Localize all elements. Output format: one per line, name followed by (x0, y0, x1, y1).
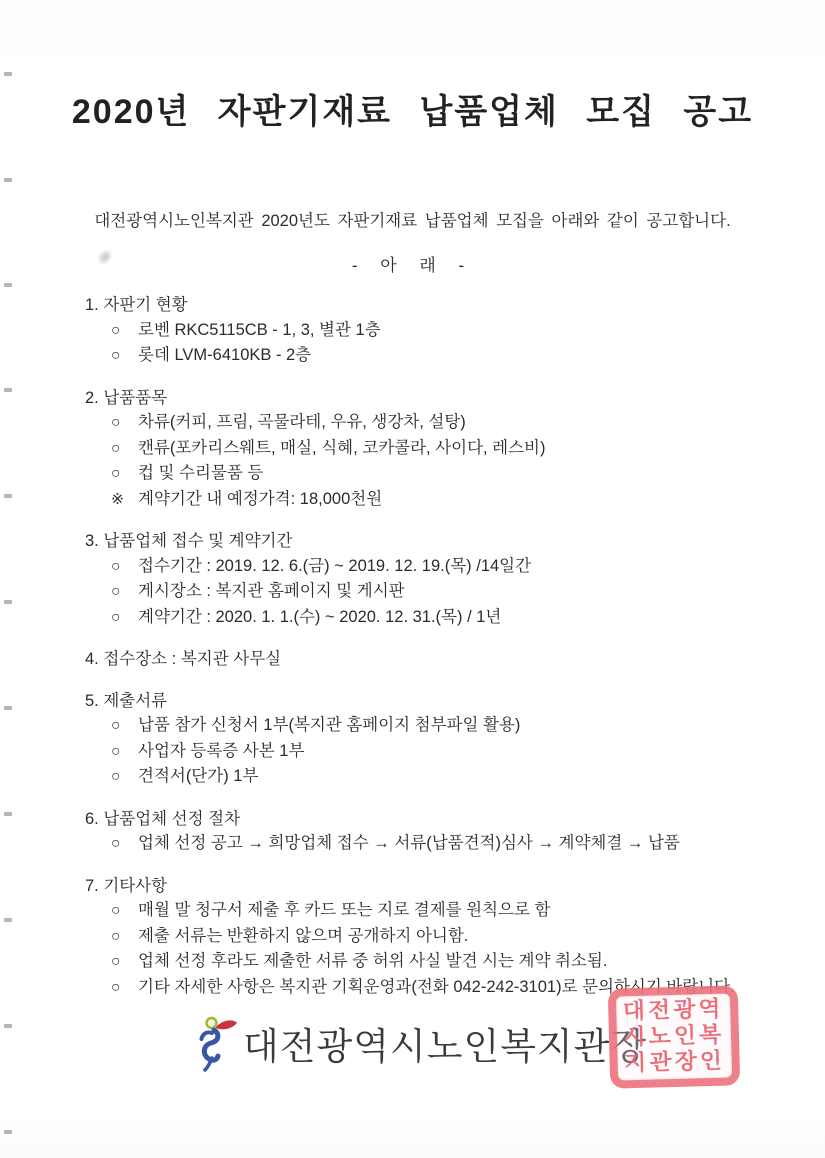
section-item-text: 캔류(포카리스웨트, 매실, 식혜, 코카콜라, 사이다, 레스비) (138, 439, 546, 457)
section-item: ○로벤 RKC5115CB - 1, 3, 별관 1층 (85, 318, 797, 344)
circle-bullet-icon: ○ (111, 462, 138, 487)
section-item: ○견적서(단가) 1부 (85, 764, 797, 790)
circle-bullet-icon: ○ (111, 555, 138, 580)
section-item-text: 견적서(단가) 1부 (138, 767, 258, 785)
section-item: ○매월 말 청구서 제출 후 카드 또는 지로 결제를 원칙으로 함 (85, 898, 797, 924)
section-item: ○캔류(포카리스웨트, 매실, 식혜, 코카콜라, 사이다, 레스비) (85, 436, 797, 462)
stamp-line: 대전광역 (614, 995, 733, 1024)
scanned-notice-page: 2020년 자판기재료 납품업체 모집 공고 대전광역시노인복지관 2020년도… (0, 0, 825, 1158)
section-item: ○납품 참가 신청서 1부(복지관 홈페이지 첨부파일 활용) (85, 713, 797, 739)
notice-section-5: 5. 제출서류○납품 참가 신청서 1부(복지관 홈페이지 첨부파일 활용)○사… (85, 689, 797, 790)
section-item-text: 계약기간 : 2020. 1. 1.(수) ~ 2020. 12. 31.(목)… (138, 608, 501, 626)
org-logo-icon (196, 1014, 238, 1072)
section-heading: 3. 납품업체 접수 및 계약기간 (85, 529, 797, 554)
scan-edge-mark (4, 918, 12, 922)
section-item-text: 업체 선정 후라도 제출한 서류 중 허위 사실 발견 시는 계약 취소됨. (138, 952, 607, 970)
section-item-text: 사업자 등록증 사본 1부 (138, 742, 304, 760)
scan-edge-mark (4, 388, 12, 392)
section-item-text: 게시장소 : 복지관 홈페이지 및 게시판 (138, 582, 405, 600)
notice-section-7: 7. 기타사항○매월 말 청구서 제출 후 카드 또는 지로 결제를 원칙으로 … (85, 874, 797, 1001)
circle-bullet-icon: ○ (111, 344, 138, 369)
intro-text: 대전광역시노인복지관 2020년도 자판기재료 납품업체 모집을 아래와 같이 … (0, 207, 825, 231)
section-item: ○접수기간 : 2019. 12. 6.(금) ~ 2019. 12. 19.(… (85, 554, 797, 580)
stamp-line: 지관장인 (615, 1047, 734, 1076)
section-heading: 2. 납품품목 (85, 386, 797, 411)
section-item: ○게시장소 : 복지관 홈페이지 및 게시판 (85, 579, 797, 605)
scan-edge-mark (4, 706, 12, 710)
notice-section-2: 2. 납품품목○차류(커피, 프림, 곡물라테, 우유, 생강차, 설탕)○캔류… (85, 386, 797, 513)
scan-edge-mark (4, 600, 12, 604)
section-heading: 4. 접수장소 : 복지관 사무실 (85, 647, 797, 672)
section-item: ○차류(커피, 프림, 곡물라테, 우유, 생강차, 설탕) (85, 410, 797, 436)
circle-bullet-icon: ○ (111, 437, 138, 462)
section-item-text: 롯데 LVM-6410KB - 2층 (138, 346, 311, 364)
section-item: ○컵 및 수리물품 등 (85, 461, 797, 487)
circle-bullet-icon: ○ (111, 580, 138, 605)
section-item: ○제출 서류는 반환하지 않으며 공개하지 아니함. (85, 924, 797, 950)
scan-edge-mark (4, 812, 12, 816)
scan-edge-mark (4, 72, 12, 76)
scan-edge-mark (4, 1130, 12, 1134)
section-item-text: 로벤 RKC5115CB - 1, 3, 별관 1층 (138, 321, 381, 339)
section-item-text: 계약기간 내 예정가격: 18,000천원 (138, 490, 382, 508)
scan-edge-mark (4, 494, 12, 498)
section-heading: 7. 기타사항 (85, 874, 797, 899)
section-item-text: 차류(커피, 프림, 곡물라테, 우유, 생강차, 설탕) (138, 413, 466, 431)
section-item-text: 납품 참가 신청서 1부(복지관 홈페이지 첨부파일 활용) (138, 716, 520, 734)
section-item: ○업체 선정 후라도 제출한 서류 중 허위 사실 발견 시는 계약 취소됨. (85, 949, 797, 975)
circle-bullet-icon: ○ (111, 319, 138, 344)
section-item: ※계약기간 내 예정가격: 18,000천원 (85, 487, 797, 513)
section-item: ○롯데 LVM-6410KB - 2층 (85, 343, 797, 369)
page-title: 2020년 자판기재료 납품업체 모집 공고 (0, 84, 825, 133)
below-label: - 아 래 - (0, 251, 825, 276)
notice-section-6: 6. 납품업체 선정 절차○업체 선정 공고 → 희망업체 접수 → 서류(납품… (85, 807, 797, 857)
section-heading: 5. 제출서류 (85, 689, 797, 714)
section-item-text: 컵 및 수리물품 등 (138, 464, 263, 482)
scan-edge-mark (4, 1024, 12, 1028)
section-item-text: 제출 서류는 반환하지 않으며 공개하지 아니함. (138, 927, 468, 945)
signature-text: 대전광역시노인복지관장 (243, 1016, 647, 1070)
notice-section-1: 1. 자판기 현황○로벤 RKC5115CB - 1, 3, 별관 1층○롯데 … (85, 293, 797, 369)
stamp-line: 시노인복 (614, 1021, 733, 1050)
section-item-text: 업체 선정 공고 → 희망업체 접수 → 서류(납품견적)심사 → 계약체결 →… (138, 834, 680, 852)
signature-block: 대전광역시노인복지관장 (196, 1014, 647, 1072)
reference-mark-icon: ※ (111, 488, 138, 513)
section-item-text: 매월 말 청구서 제출 후 카드 또는 지로 결제를 원칙으로 함 (138, 901, 550, 919)
notice-section-4: 4. 접수장소 : 복지관 사무실 (85, 647, 797, 672)
notice-body: 1. 자판기 현황○로벤 RKC5115CB - 1, 3, 별관 1층○롯데 … (85, 293, 797, 1017)
section-item: ○계약기간 : 2020. 1. 1.(수) ~ 2020. 12. 31.(목… (85, 605, 797, 631)
section-item-text: 접수기간 : 2019. 12. 6.(금) ~ 2019. 12. 19.(목… (138, 557, 531, 575)
circle-bullet-icon: ○ (111, 899, 138, 924)
circle-bullet-icon: ○ (111, 714, 138, 739)
circle-bullet-icon: ○ (111, 765, 138, 790)
circle-bullet-icon: ○ (111, 411, 138, 436)
section-item: ○사업자 등록증 사본 1부 (85, 739, 797, 765)
circle-bullet-icon: ○ (111, 832, 138, 857)
circle-bullet-icon: ○ (111, 740, 138, 765)
scan-edge-mark (4, 178, 12, 182)
official-stamp-icon: 대전광역 시노인복 지관장인 (608, 985, 741, 1088)
scan-edge-mark (4, 283, 12, 287)
circle-bullet-icon: ○ (111, 925, 138, 950)
section-heading: 6. 납품업체 선정 절차 (85, 807, 797, 832)
section-item: ○업체 선정 공고 → 희망업체 접수 → 서류(납품견적)심사 → 계약체결 … (85, 831, 797, 857)
circle-bullet-icon: ○ (111, 950, 138, 975)
circle-bullet-icon: ○ (111, 606, 138, 631)
section-heading: 1. 자판기 현황 (85, 293, 797, 318)
notice-section-3: 3. 납품업체 접수 및 계약기간○접수기간 : 2019. 12. 6.(금)… (85, 529, 797, 630)
circle-bullet-icon: ○ (111, 976, 138, 1001)
